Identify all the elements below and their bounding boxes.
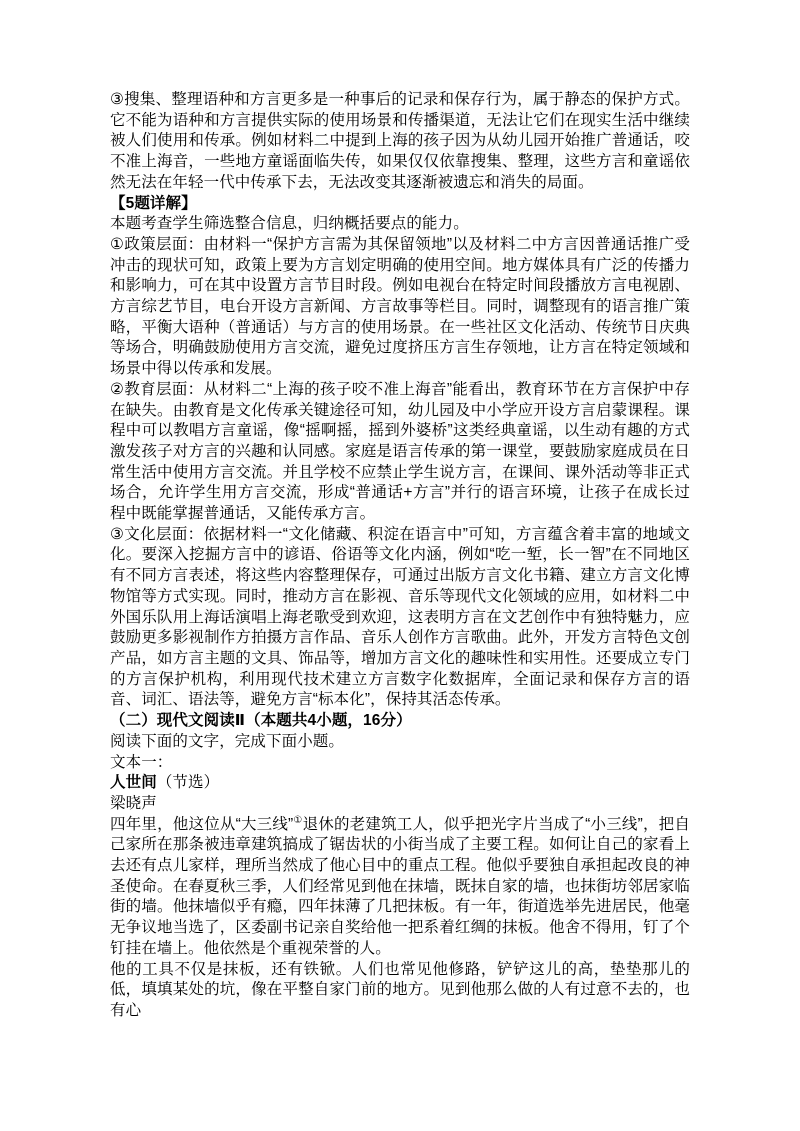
reading-instruction: 阅读下面的文字，完成下面小题。 [110,732,690,753]
work-title: 人世间 [110,774,157,791]
answer-point-3-static-protection: ③搜集、整理语种和方言更多是一种事后的记录和保存行为，属于静态的保护方式。它不能… [110,90,690,194]
novel-paragraph-1-text: 四年里，他这位从“大三线” [110,816,293,833]
question-5-detail-header: 【5题详解】 [110,194,690,215]
question-5-point-1-policy: ①政策层面：由材料一“保护方言需为其保留领地”以及材料二中方言因普通话推广受冲击… [110,235,690,380]
document-page: ③搜集、整理语种和方言更多是一种事后的记录和保存行为，属于静态的保护方式。它不能… [0,0,800,1131]
novel-paragraph-1-text-continued: 退休的老建筑工人，似乎把光字片当成了“小三线”，把自己家所在那条被违章建筑搞成了… [110,816,690,957]
novel-paragraph-1: 四年里，他这位从“大三线”①退休的老建筑工人，似乎把光字片当成了“小三线”，把自… [110,815,690,960]
question-5-point-2-education: ②教育层面：从材料二“上海的孩子咬不准上海音”能看出，教育环节在方言保护中存在缺… [110,380,690,525]
footnote-marker: ① [293,814,302,825]
novel-paragraph-2: 他的工具不仅是抹板，还有铁锨。人们也常见他修路，铲铲这儿的高，垫垫那儿的低，填填… [110,960,690,1022]
work-title-line: 人世间（节选） [110,773,690,794]
question-5-intro: 本题考查学生筛选整合信息，归纳概括要点的能力。 [110,214,690,235]
question-5-point-3-culture: ③文化层面：依据材料一“文化储藏、积淀在语言中”可知，方言蕴含着丰富的地域文化。… [110,525,690,711]
author-name: 梁晓声 [110,794,690,815]
section-2-heading: （二）现代文阅读Ⅱ（本题共4小题，16分） [110,711,690,732]
text-one-label: 文本一： [110,753,690,774]
work-title-note: （节选） [157,774,219,791]
